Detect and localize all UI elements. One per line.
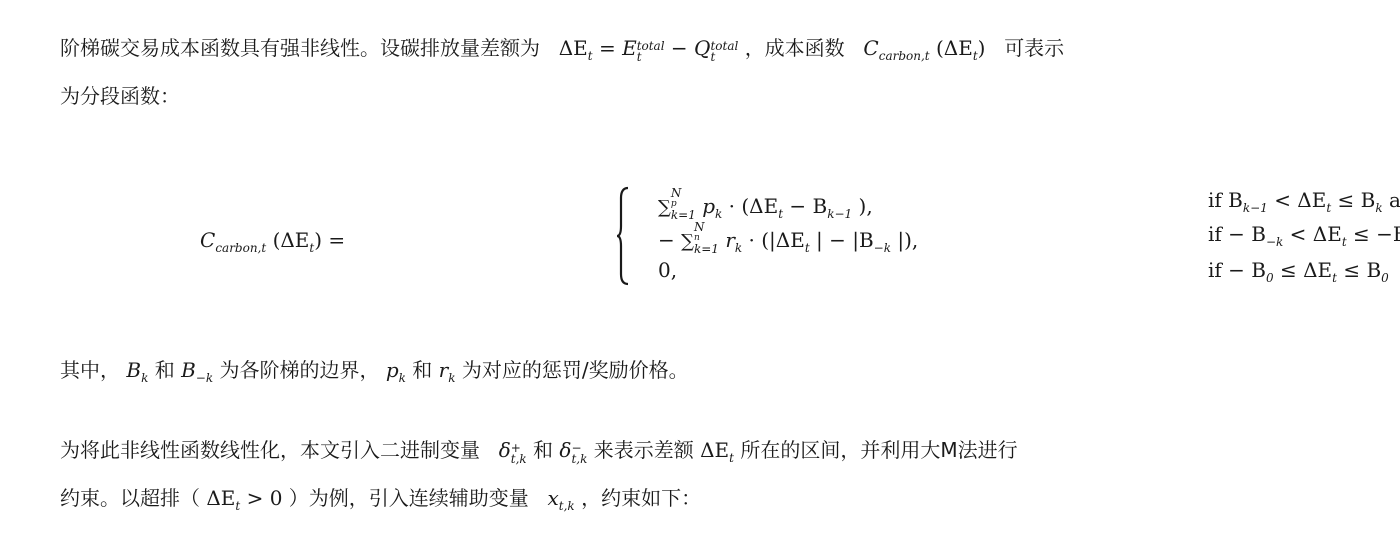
math-arg: (ΔEt) [936, 36, 986, 60]
represent-diff-text: 来表示差额 [594, 438, 694, 462]
boundaries-text: 为各阶梯的边界， [219, 358, 379, 382]
math-delta-e: ΔE [559, 36, 588, 60]
math-delta-e-2: ΔE [700, 438, 729, 462]
math-minus: − [671, 36, 688, 60]
math-supsub-total: totalt [637, 41, 665, 63]
math-E: E [622, 36, 637, 60]
math-delta-minus: δ [559, 438, 571, 462]
can-represent-text: 可表示 [1004, 36, 1064, 60]
math-gt-zero: > 0 [247, 486, 283, 510]
math-B-minus-k: B [181, 358, 196, 382]
case-condition-positive: if Bk−1 < ΔEt ≤ Bk and ΔEt > 0 [1208, 188, 1400, 215]
math-sub-carbon: carbon,t [879, 49, 930, 63]
and-text: 和 [155, 358, 175, 382]
math-equals: = [599, 36, 616, 60]
linearize-text: 为将此非线性函数线性化，本文引入二进制变量 [60, 438, 480, 462]
math-p-k: p [386, 358, 399, 382]
piecewise-text: 为分段函数： [60, 84, 180, 108]
interval-text: 所在的区间，并利用大M法进行 [740, 438, 1017, 462]
intro-text: 阶梯碳交易成本函数具有强非线性。设碳排放量差额为 [60, 36, 540, 60]
math-C: C [863, 36, 878, 60]
case-condition-negative: if − B−k < ΔEt ≤ −B−k+1 and ΔEt < 0 [1208, 222, 1400, 249]
and-text-3: 和 [533, 438, 553, 462]
math-Q: Q [694, 36, 710, 60]
cost-function-text: ，成本函数 [745, 36, 845, 60]
formula-lhs: Ccarbon,t (ΔEt) = [200, 228, 345, 255]
math-r-k: r [439, 358, 449, 382]
constraint-text: 约束。以超排（ [60, 486, 200, 510]
case-condition-zero: if − B0 ≤ ΔEt ≤ B0 [1208, 258, 1389, 285]
paragraph-intro-line2: 为分段函数： [60, 86, 180, 106]
where-text: 其中， [60, 358, 120, 382]
math-delta-plus: δ [499, 438, 511, 462]
paragraph-linearization-line1: 为将此非线性函数线性化，本文引入二进制变量 δ+t,k 和 δ−t,k 来表示差… [60, 440, 1018, 468]
left-brace-icon [616, 186, 630, 286]
and-text-2: 和 [412, 358, 432, 382]
paragraph-linearization-line2: 约束。以超排（ ΔEt > 0 ）为例，引入连续辅助变量 xt,k ，约束如下： [60, 488, 701, 516]
case-row-zero: 0, if − B0 ≤ ΔEt ≤ B0 [658, 258, 677, 288]
case-row-positive: ∑Npk=1 pk · (ΔEt − Bk−1 ), if Bk−1 < ΔEt… [658, 188, 873, 218]
math-supsub-total-q: totalt [710, 41, 738, 63]
prices-text: 为对应的惩罚/奖励价格。 [462, 358, 689, 382]
math-x-tk: x [548, 486, 559, 510]
math-B-k: B [126, 358, 141, 382]
math-delta-e-3: ΔE [206, 486, 235, 510]
constraints-follow-text: ，约束如下： [581, 486, 701, 510]
example-text: ）为例，引入连续辅助变量 [289, 486, 529, 510]
paragraph-definitions: 其中， Bk 和 B−k 为各阶梯的边界， pk 和 rk 为对应的惩罚/奖励价… [60, 360, 689, 388]
case-row-negative: − ∑Nnk=1 rk · (|ΔEt | − |B−k |), if − B−… [658, 222, 918, 252]
paragraph-intro-line1: 阶梯碳交易成本函数具有强非线性。设碳排放量差额为 ΔEt = Etotalt −… [60, 38, 1064, 66]
math-sub-t: t [588, 49, 593, 63]
